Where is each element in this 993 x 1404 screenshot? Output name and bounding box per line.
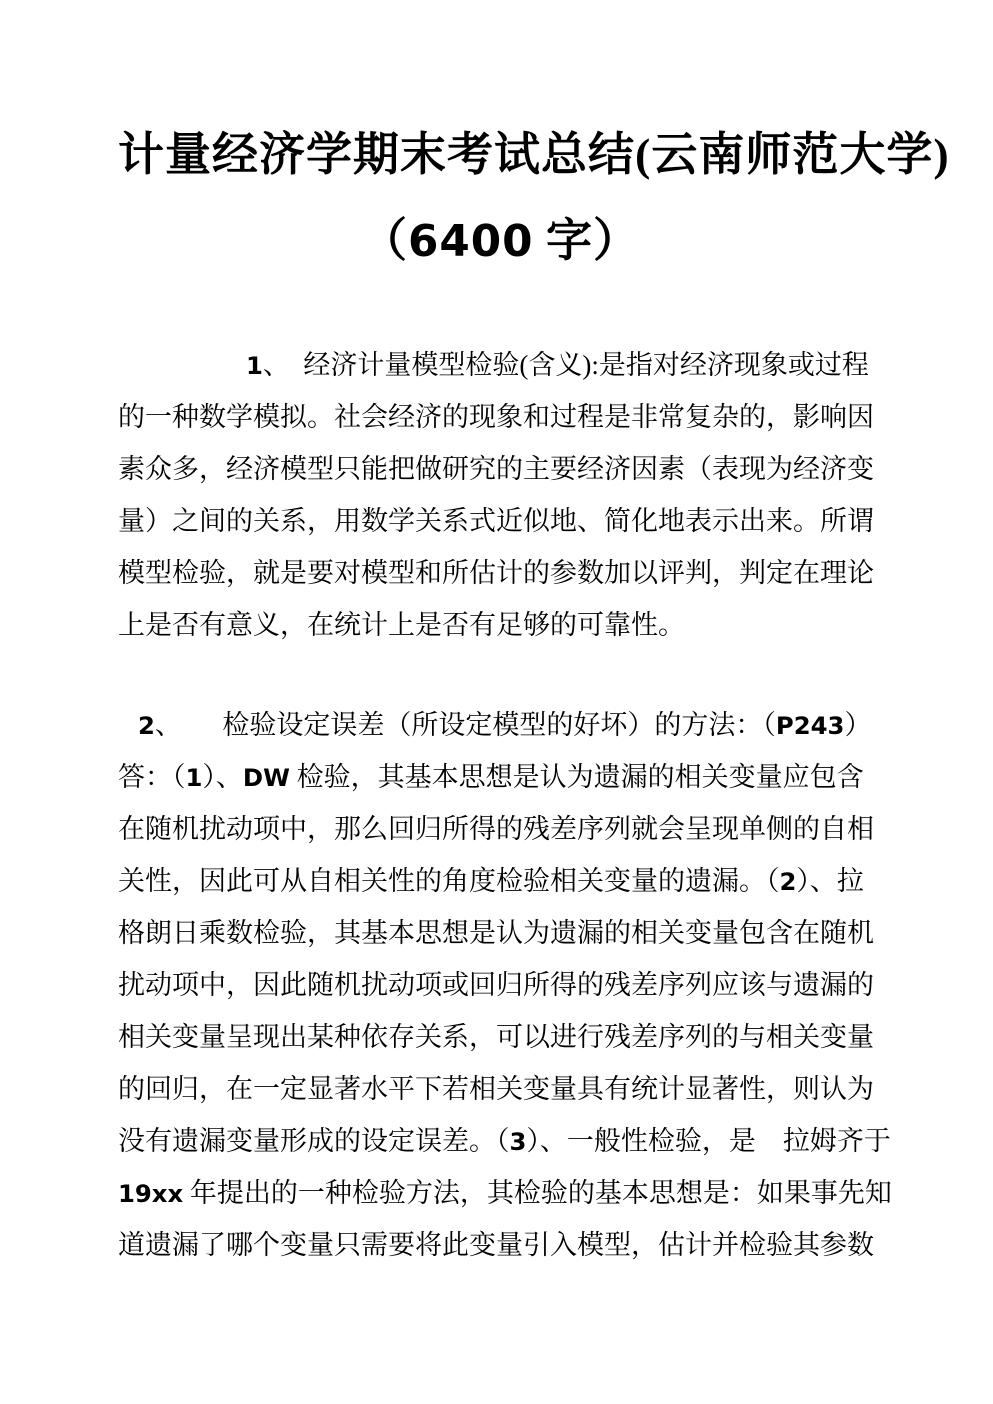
latin-text: 3 — [510, 1127, 527, 1156]
text-line: 的回归，在一定显著水平下若相关变量具有统计显著性，则认为 — [118, 1063, 883, 1115]
text-line: 素众多，经济模型只能把做研究的主要经济因素（表现为经济变 — [118, 443, 883, 495]
text-line: 上是否有意义，在统计上是否有足够的可靠性。 — [118, 599, 883, 651]
document-body: 1、 经济计量模型检验(含义):是指对经济现象或过程的一种数学模拟。社会经济的现… — [118, 339, 883, 1271]
latin-text: 2 — [780, 867, 797, 896]
text-line: 2、 检验设定误差（所设定模型的好坏）的方法：（P243） — [118, 699, 883, 751]
text-line: 在随机扰动项中，那么回归所得的残差序列就会呈现单侧的自相 — [118, 803, 883, 855]
latin-text: 19xx — [118, 1179, 183, 1208]
text-line: 答：（1）、DW 检验，其基本思想是认为遗漏的相关变量应包含 — [118, 751, 883, 803]
text-line: 格朗日乘数检验，其基本思想是认为遗漏的相关变量包含在随机 — [118, 907, 883, 959]
latin-text: 1 — [246, 351, 263, 380]
text-line: 1、 经济计量模型检验(含义):是指对经济现象或过程 — [118, 339, 883, 391]
text-line: 相关变量呈现出某种依存关系，可以进行残差序列的与相关变量 — [118, 1011, 883, 1063]
title-line-2: （6400 字） — [118, 198, 883, 285]
document-title: 计量经济学期末考试总结(云南师范大学) （6400 字） — [118, 112, 883, 285]
text-line: 关性，因此可从自相关性的角度检验相关变量的遗漏。（2）、拉 — [118, 855, 883, 907]
latin-text: P243 — [776, 711, 845, 740]
latin-text: 1 — [186, 763, 203, 792]
text-line: 扰动项中，因此随机扰动项或回归所得的残差序列应该与遗漏的 — [118, 959, 883, 1011]
text-line: 道遗漏了哪个变量只需要将此变量引入模型，估计并检验其参数 — [118, 1219, 883, 1271]
document-page: 计量经济学期末考试总结(云南师范大学) （6400 字） 1、 经济计量模型检验… — [0, 0, 993, 1404]
page-content: 计量经济学期末考试总结(云南师范大学) （6400 字） 1、 经济计量模型检验… — [0, 0, 993, 1271]
latin-text: 6400 — [408, 216, 534, 267]
latin-text: DW — [243, 763, 290, 792]
text-line: 19xx 年提出的一种检验方法，其检验的基本思想是：如果事先知 — [118, 1167, 883, 1219]
text-line: 量）之间的关系，用数学关系式近似地、简化地表示出来。所谓 — [118, 495, 883, 547]
title-line-1: 计量经济学期末考试总结(云南师范大学) — [118, 112, 883, 198]
latin-text: 2 — [138, 711, 155, 740]
text-line: 没有遗漏变量形成的设定误差。（3）、一般性检验，是 拉姆齐于 — [118, 1115, 883, 1167]
text-line: 模型检验，就是要对模型和所估计的参数加以评判，判定在理论 — [118, 547, 883, 599]
paragraph-2: 2、 检验设定误差（所设定模型的好坏）的方法：（P243）答：（1）、DW 检验… — [118, 699, 883, 1271]
text-line: 的一种数学模拟。社会经济的现象和过程是非常复杂的，影响因 — [118, 391, 883, 443]
paragraph-1: 1、 经济计量模型检验(含义):是指对经济现象或过程的一种数学模拟。社会经济的现… — [118, 339, 883, 651]
